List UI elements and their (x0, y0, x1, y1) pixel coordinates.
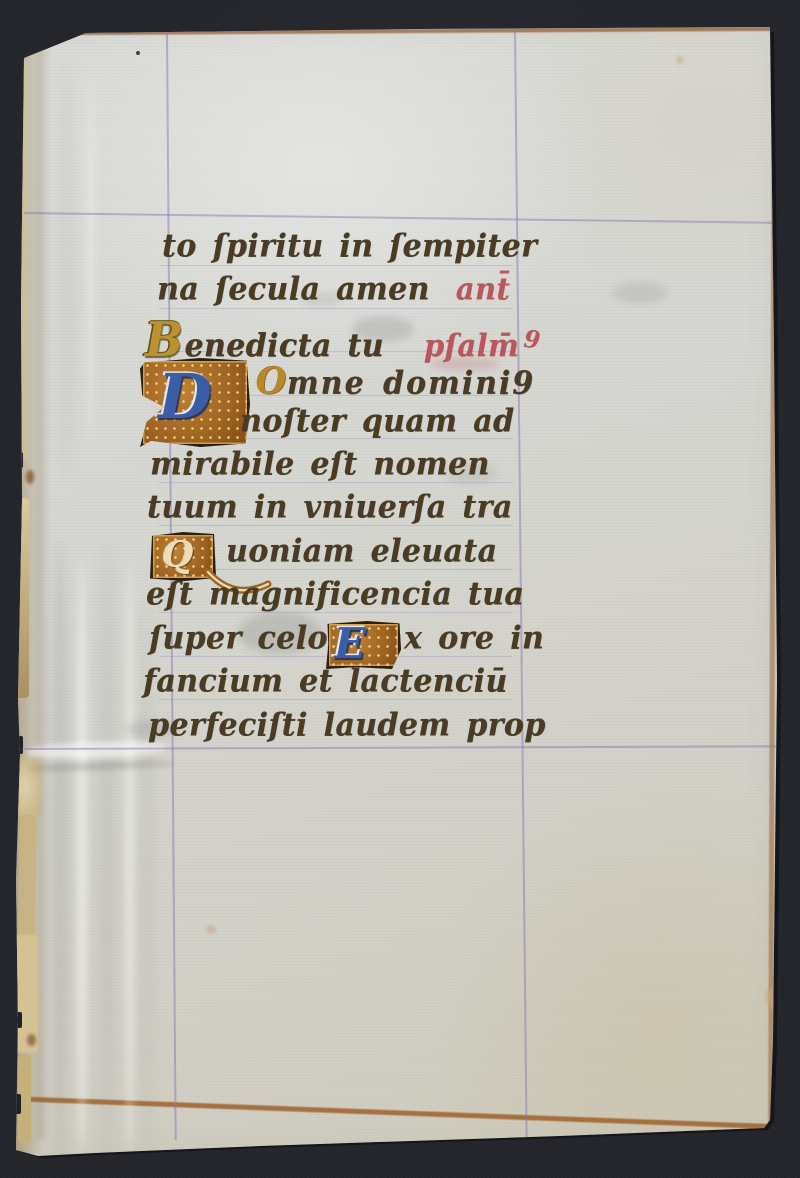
sewing-hole-rust (27, 1034, 36, 1046)
text-ruling-line (159, 308, 513, 309)
line12-text: perfeciſti laudem prop (148, 707, 546, 744)
line5-text: noſter quam ad (240, 403, 514, 440)
line8-text: uoniam eleuata (226, 533, 497, 570)
parchment-wrinkle (126, 560, 134, 1160)
line1-text: to ſpiritu in ſempiter (162, 228, 537, 265)
illuminated-initial-D: D (140, 358, 250, 447)
sewing-hole-rust (26, 470, 34, 484)
parchment-wrinkle (52, 540, 68, 1160)
decorated-initial-B: B (145, 312, 183, 368)
line9-text: eſt magnificencia tua (146, 576, 524, 613)
text-line-10-after: x ore in (404, 620, 544, 657)
text-line-6: mirabile eſt nomen (150, 446, 490, 483)
stain (206, 925, 216, 934)
line4-text: mne domini9 (287, 365, 535, 402)
sewing-notch (8, 1094, 21, 1114)
gold-letter-o: O (256, 360, 287, 403)
text-line-10-before: ſuper celos (149, 620, 345, 657)
text-line-12: perfeciſti laudem prop (148, 707, 546, 744)
line11-text: fancium et lactenciū (143, 663, 508, 700)
line6-text: mirabile eſt nomen (150, 446, 490, 483)
text-line-9: eſt magnificencia tua (146, 576, 524, 613)
line10-text-after: x ore in (404, 620, 544, 657)
text-line-8: uoniam eleuata (226, 533, 497, 570)
text-line-5: noſter quam ad (240, 403, 514, 440)
edge-stain-bottom (20, 1097, 770, 1129)
photo-background: { "photo": { "background_color": "#23252… (0, 0, 800, 1178)
edge-stain-top (80, 27, 772, 35)
text-line-2: na ſecula amenant̄ (157, 271, 510, 308)
sewing-notch (9, 736, 23, 754)
line10-text-before: ſuper celos (149, 620, 345, 657)
line7-text: tuum in vniuerſa tra (147, 489, 513, 526)
text-line-11: fancium et lactenciū (143, 663, 508, 700)
parchment-wrinkle (100, 540, 114, 1160)
binding-edge-fray (19, 60, 28, 320)
parchment-wrinkle (88, 70, 94, 450)
text-ruling-line (159, 265, 513, 266)
parchment-wrinkle (60, 60, 72, 480)
binding-edge-fray (16, 498, 29, 698)
sewing-notch (10, 1012, 22, 1028)
initial-Q-letter: Q (162, 537, 193, 573)
text-line-1: to ſpiritu in ſempiter (162, 228, 537, 265)
rubric-psalm: pſalm̄ (424, 328, 519, 364)
prick-mark (136, 51, 140, 55)
ink-smudge (612, 282, 668, 304)
ruling-horizontal-top (24, 212, 776, 224)
initial-D-letter: D (158, 366, 212, 428)
stain (676, 56, 684, 64)
sewing-notch (10, 452, 23, 468)
initial-E-letter: E (334, 623, 366, 665)
binding-edge-fray (17, 300, 28, 460)
rubric-antiphon: ant̄ (456, 271, 510, 307)
line2-text: na ſecula amen (157, 271, 430, 308)
text-line-7: tuum in vniuerſa tra (147, 489, 513, 526)
rubric-psalm-flourish: 9 (522, 325, 542, 355)
text-line-4: Omne domini9 (256, 360, 535, 403)
parchment-wrinkle (78, 560, 86, 1160)
illuminated-initial-E: E (326, 621, 401, 669)
manuscript-leaf: to ſpiritu in ſempiter na ſecula amenant… (0, 0, 800, 1178)
